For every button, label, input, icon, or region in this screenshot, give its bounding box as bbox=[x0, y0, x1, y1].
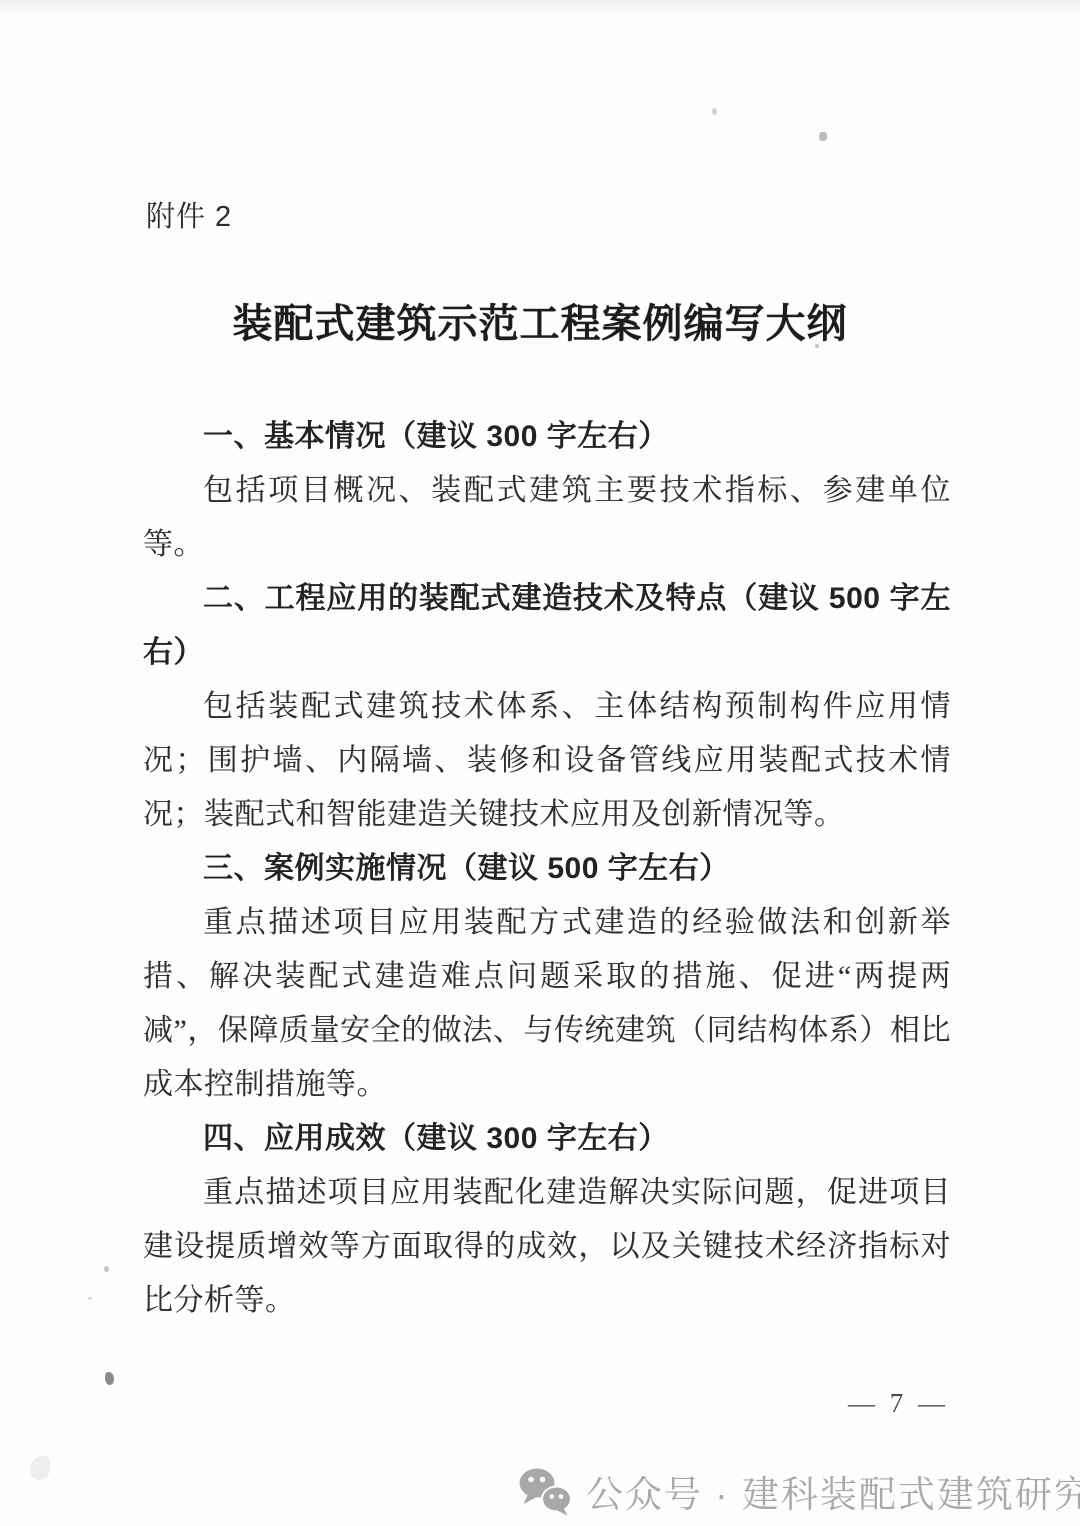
scan-speck bbox=[105, 1372, 114, 1385]
scan-speck bbox=[88, 1297, 92, 1300]
section-body-text: 包括项目概况、装配式建筑主要技术指标、参建单位等。 bbox=[143, 464, 951, 572]
footer-account-name: 公众号 · 建科装配式建筑研究中心 bbox=[586, 1464, 1080, 1518]
section-body-text: 包括装配式建筑技术体系、主体结构预制构件应用情况；围护墙、内隔墙、装修和设备管线… bbox=[143, 680, 951, 842]
scan-edge-smudge bbox=[0, 0, 1080, 14]
wechat-icon bbox=[517, 1466, 573, 1516]
scan-speck bbox=[712, 108, 717, 115]
page-title: 装配式建筑示范工程案例编写大纲 bbox=[0, 292, 1080, 349]
footer-watermark: 公众号 · 建科装配式建筑研究中心 bbox=[517, 1464, 1080, 1518]
section-heading: 二、工程应用的装配式建造技术及特点（建议 500 字左右） bbox=[143, 572, 951, 680]
scan-speck bbox=[815, 344, 819, 348]
section-heading: 四、应用成效（建议 300 字左右） bbox=[143, 1112, 951, 1166]
scan-speck bbox=[819, 132, 827, 141]
scan-speck bbox=[30, 1456, 50, 1480]
section-technology-features: 二、工程应用的装配式建造技术及特点（建议 500 字左右） 包括装配式建筑技术体… bbox=[143, 572, 951, 842]
section-body-text: 重点描述项目应用装配方式建造的经验做法和创新举措、解决装配式建造难点问题采取的措… bbox=[143, 896, 951, 1112]
section-basic-info: 一、基本情况（建议 300 字左右） 包括项目概况、装配式建筑主要技术指标、参建… bbox=[143, 410, 951, 572]
document-body: 一、基本情况（建议 300 字左右） 包括项目概况、装配式建筑主要技术指标、参建… bbox=[143, 410, 951, 1328]
section-body-text: 重点描述项目应用装配化建造解决实际问题，促进项目建设提质增效等方面取得的成效，以… bbox=[143, 1166, 951, 1328]
attachment-label: 附件 2 bbox=[146, 194, 232, 235]
scan-speck bbox=[104, 1266, 109, 1272]
section-heading: 三、案例实施情况（建议 500 字左右） bbox=[143, 842, 951, 896]
page-number: — 7 — bbox=[848, 1388, 949, 1419]
section-application-results: 四、应用成效（建议 300 字左右） 重点描述项目应用装配化建造解决实际问题，促… bbox=[143, 1112, 951, 1328]
scanned-document-page: 附件 2 装配式建筑示范工程案例编写大纲 一、基本情况（建议 300 字左右） … bbox=[0, 0, 1080, 1526]
section-implementation: 三、案例实施情况（建议 500 字左右） 重点描述项目应用装配方式建造的经验做法… bbox=[143, 842, 951, 1112]
section-heading: 一、基本情况（建议 300 字左右） bbox=[143, 410, 951, 464]
